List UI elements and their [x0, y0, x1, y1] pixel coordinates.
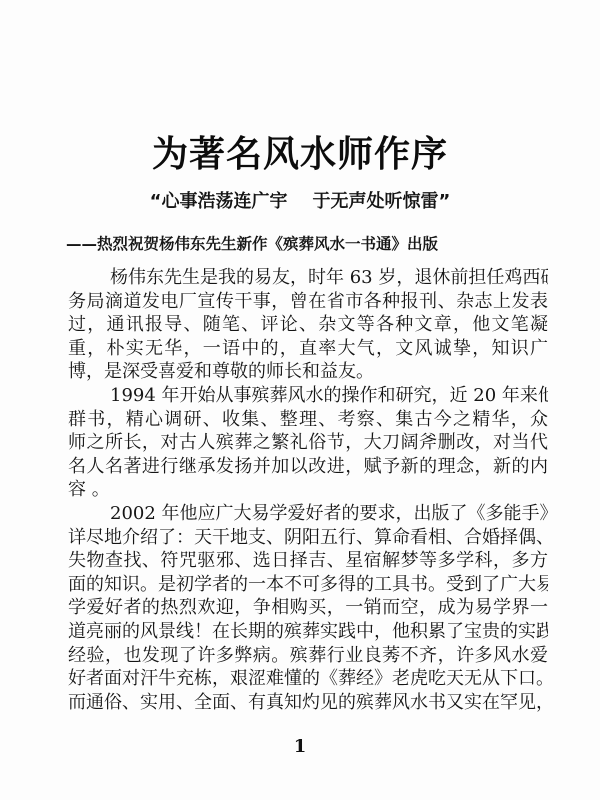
text-line: 学爱好者的热烈欢迎，争相购买，一销而空，成为易学界一 — [68, 596, 548, 620]
text-line: 详尽地介绍了：天干地支、阴阳五行、算命看相、合婚择偶、 — [68, 526, 548, 550]
text-line: 1994 年开始从事殡葬风水的操作和研究，近 20 年来他博览 — [68, 384, 548, 408]
text-line: 杨伟东先生是我的易友，时年 63 岁，退休前担任鸡西矿 — [68, 266, 548, 290]
text-line: 群书，精心调研、收集、整理、考察、集古今之精华，众 — [68, 408, 548, 432]
text-line: 2002 年他应广大易学爱好者的要求，出版了《多能手》， — [68, 502, 548, 526]
text-line: 好者面对汗牛充栋，艰涩难懂的《葬经》老虎吃天无从下口。 — [68, 667, 548, 691]
text-line: 失物查找、符咒驱邪、选日择吉、星宿解梦等多学科，多方 — [68, 549, 548, 573]
body-text: 杨伟东先生是我的易友，时年 63 岁，退休前担任鸡西矿 务局滴道发电厂宣传干事，… — [68, 266, 548, 714]
text-line: 重，朴实无华，一语中的，直率大气，文风诚挚，知识广 — [68, 337, 548, 361]
page-title: 为著名风水师作序 — [0, 126, 600, 177]
subtitle-quote: “心事浩荡连广宇 于无声处听惊雷” — [0, 187, 600, 213]
text-line: 务局滴道发电厂宣传干事，曾在省市各种报刊、杂志上发表 — [68, 290, 548, 314]
text-line: 容 。 — [68, 478, 548, 502]
text-line: 经验，也发现了许多弊病。殡葬行业良莠不齐，许多风水爱 — [68, 644, 548, 668]
text-line: 道亮丽的风景线！在长期的殡葬实践中，他积累了宝贵的实践 — [68, 620, 548, 644]
text-line: 过，通讯报导、随笔、评论、杂文等各种文章，他文笔凝 — [68, 313, 548, 337]
text-line: 面的知识。是初学者的一本不可多得的工具书。受到了广大易 — [68, 573, 548, 597]
text-line: 而通俗、实用、全面、有真知灼见的殡葬风水书又实在罕见， — [68, 691, 548, 715]
dedication-line: ——热烈祝贺杨伟东先生新作《殡葬风水一书通》出版 — [66, 232, 566, 254]
text-line: 师之所长，对古人殡葬之繁礼俗节，大刀阔斧删改，对当代 — [68, 431, 548, 455]
text-line: 名人名著进行继承发扬并加以改进，赋予新的理念，新的内 — [68, 455, 548, 479]
text-line: 博，是深受喜爱和尊敬的师长和益友。 — [68, 360, 548, 384]
page-number: 1 — [0, 736, 600, 757]
document-page: 为著名风水师作序 “心事浩荡连广宇 于无声处听惊雷” ——热烈祝贺杨伟东先生新作… — [0, 0, 600, 800]
